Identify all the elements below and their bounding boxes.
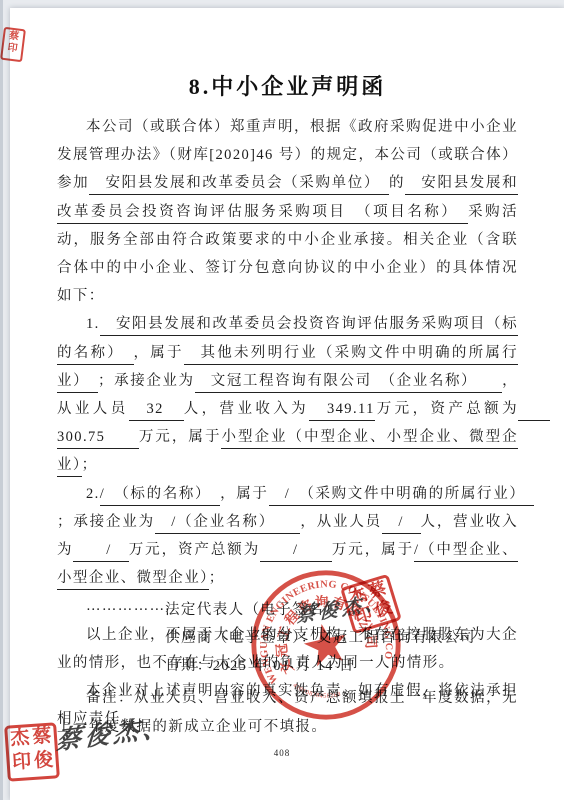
supplier-label: 供应商（电子签章）： — [165, 630, 317, 646]
text-run: ，属于 — [220, 486, 268, 502]
name-seal-stamp-bottom: 杰 蔡 印 俊 — [4, 722, 60, 781]
underlined-field: / （标的名称） — [100, 486, 220, 506]
text-run: 万元，属于 — [139, 429, 222, 445]
underlined-field: / （采购文件中明确的所属行业） — [269, 486, 534, 506]
underlined-field: 安阳县发展和改革委员会（采购单位） — [89, 175, 389, 195]
text-run: 人，营业收入为 — [184, 401, 309, 417]
text-run: 1. — [86, 316, 100, 332]
underlined-field: / — [73, 542, 128, 562]
text-run: 的 — [389, 175, 405, 191]
seal-char: 印 — [7, 42, 18, 54]
seal-char: 蔡 — [8, 30, 19, 42]
text-run: 万元，资产总额为 — [375, 401, 518, 417]
supplier-line: 供应商（电子签章）：文冠工程咨询有限公司 — [165, 624, 476, 652]
page-title: 8.中小企业声明函 — [57, 70, 518, 101]
date-line: 日期：2025 年 01 月 14 日 — [165, 652, 476, 680]
text-run: 万元，资产总额为 — [129, 542, 260, 558]
underlined-field: /（企业名称） — [155, 514, 300, 534]
seal-char: 蔡 — [30, 727, 54, 752]
seal-char: 印 — [10, 752, 34, 777]
underlined-field: / — [382, 514, 421, 534]
paragraph: 1. 安阳县发展和改革委员会投资咨询评估服务采购项目（标的名称） ，属于 其他未… — [57, 310, 518, 479]
text-run: 万元，属于 — [332, 542, 414, 558]
date-value: 2025 年 01 月 14 日 — [213, 658, 355, 674]
text-run: ；承接企业为 — [57, 514, 155, 530]
underlined-field: 32 — [129, 401, 184, 421]
text-run: 2. — [86, 486, 100, 502]
text-run: ； — [82, 457, 98, 473]
text-run: ……………. — [86, 598, 171, 614]
seal-char: 俊 — [32, 750, 56, 775]
text-run: ，属于 — [134, 345, 184, 361]
corner-seal-stamp: 蔡 印 — [0, 27, 26, 62]
supplier-name: 文冠工程咨询有限公司 — [317, 630, 476, 646]
seal-char: 杰 — [8, 728, 32, 753]
underlined-field: / — [260, 542, 332, 562]
underlined-field: 349.11 — [309, 401, 375, 421]
date-label: 日期： — [165, 658, 213, 674]
text-run: ； — [209, 570, 225, 586]
paragraph: 2./ （标的名称） ，属于 / （采购文件中明确的所属行业） ；承接企业为 /… — [57, 480, 518, 593]
text-run: ；承接企业为 — [98, 373, 195, 389]
underlined-field: 文冠工程咨询有限公司 （企业名称） — [195, 373, 502, 393]
screenshot-root: { "title": "8.中小企业声明函", "page_number": "… — [0, 0, 564, 800]
paragraph: 本公司（或联合体）郑重声明，根据《政府采购促进中小企业发展管理办法》（财库[20… — [57, 113, 518, 310]
document-page: 8.中小企业声明函 本公司（或联合体）郑重声明，根据《政府采购促进中小企业发展管… — [10, 8, 564, 800]
text-run: ，从业人员 — [300, 514, 382, 530]
